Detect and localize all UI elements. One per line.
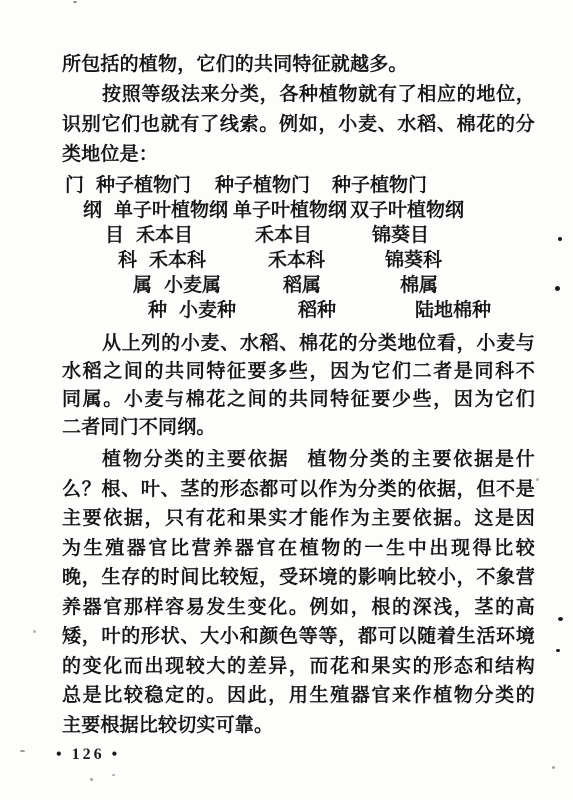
wheat-rank-value: 小麦属 (164, 273, 283, 298)
rice-rank-value: 稻种 (298, 298, 415, 323)
taxonomy-row: 纲单子叶植物纲单子叶植物纲双子叶植物纲 (62, 198, 542, 223)
text-line: 从上列的小麦、水稻、棉花的分类地位看，小麦与 (62, 330, 535, 358)
taxonomy-table: 门种子植物门种子植物门种子植物门 纲单子叶植物纲单子叶植物纲双子叶植物纲 目禾本… (62, 173, 542, 323)
paragraph-intro: 所包括的植物，它们的共同特征就越多。 按照等级法来分类，各种植物就有了相应的地位… (62, 50, 535, 170)
text-line: 同属。小麦与棉花之间的共同特征要少些，因为它们 (62, 386, 535, 414)
taxonomy-row: 属小麦属稻属棉属 (62, 273, 542, 298)
text-line: 识别它们也就有了线索。例如，小麦、水稻、棉花的分 (62, 110, 535, 140)
text-line: 的变化而出现较大的差异，而花和果实的形态和结构 (62, 652, 535, 682)
text-line: 矮，叶的形状、大小和颜色等等，都可以随着生活环境 (62, 622, 535, 652)
rank-label: 种 (148, 298, 179, 323)
text-line: 养器官那样容易发生变化。例如，根的深浅，茎的高 (62, 593, 535, 623)
rank-label: 属 (133, 273, 164, 298)
scan-speck (300, 240, 303, 242)
wheat-rank-value: 单子叶植物纲 (114, 198, 233, 223)
text-line: 为生殖器官比营养器官在植物的一生中出现得比较 (62, 534, 535, 564)
cotton-rank-value: 种子植物门 (332, 175, 427, 196)
taxonomy-row: 种小麦种稻种陆地棉种 (62, 298, 542, 323)
taxonomy-row: 科禾本科禾本科锦葵科 (62, 248, 542, 273)
text-line: 所包括的植物，它们的共同特征就越多。 (62, 50, 535, 80)
scan-speck (112, 774, 115, 776)
scan-speck (552, 766, 555, 769)
paragraph-basis: 植物分类的主要依据植物分类的主要依据是什 么？根、叶、茎的形态都可以作为分类的依… (62, 445, 535, 740)
cotton-rank-value: 锦葵目 (372, 225, 429, 246)
wheat-rank-value: 禾本科 (149, 248, 268, 273)
scan-speck (556, 649, 560, 652)
text-line: 类地位是： (62, 140, 535, 170)
cotton-rank-value: 双子叶植物纲 (350, 200, 464, 221)
scan-speck (73, 1, 77, 3)
text-line: 二者同门不同纲。 (62, 414, 535, 442)
cotton-rank-value: 棉属 (400, 275, 438, 296)
scan-speck (558, 237, 562, 241)
rice-rank-value: 种子植物门 (215, 173, 332, 198)
text-line: 么？根、叶、茎的形态都可以作为分类的依据，但不是 (62, 475, 535, 505)
heading-follow-text: 植物分类的主要依据是什 (307, 449, 535, 470)
text-line: 主要依据，只有花和果实才能作为主要依据。这是因 (62, 504, 535, 534)
book-page: 所包括的植物，它们的共同特征就越多。 按照等级法来分类，各种植物就有了相应的地位… (0, 0, 573, 800)
rice-rank-value: 禾本目 (255, 223, 372, 248)
runin-heading: 植物分类的主要依据 (102, 449, 289, 470)
rice-rank-value: 稻属 (283, 273, 400, 298)
cotton-rank-value: 陆地棉种 (415, 300, 491, 321)
scan-speck (558, 617, 563, 621)
scan-speck (90, 778, 93, 781)
scan-speck (555, 286, 560, 291)
wheat-rank-value: 禾本目 (136, 223, 255, 248)
page-number: • 126 • (56, 746, 120, 764)
text-line: 总是比较稳定的。因此，用生殖器官来作植物分类的 (62, 681, 535, 711)
paragraph-comparison: 从上列的小麦、水稻、棉花的分类地位看，小麦与 水稻之间的共同特征要多些，因为它们… (62, 330, 535, 442)
text-line: 水稻之间的共同特征要多些，因为它们二者是同科不 (62, 358, 535, 386)
scan-speck (20, 750, 25, 752)
wheat-rank-value: 种子植物门 (96, 173, 215, 198)
text-line: 晚，生存的时间比较短，受环境的影响比较小，不象营 (62, 563, 535, 593)
text-line: 植物分类的主要依据植物分类的主要依据是什 (62, 445, 535, 475)
rank-label: 科 (118, 248, 149, 273)
taxonomy-row: 门种子植物门种子植物门种子植物门 (62, 173, 542, 198)
scan-speck (33, 630, 36, 633)
rank-label: 门 (65, 173, 96, 198)
scan-speck (536, 478, 539, 481)
text-line: 按照等级法来分类，各种植物就有了相应的地位， (62, 80, 535, 110)
wheat-rank-value: 小麦种 (179, 298, 298, 323)
cotton-rank-value: 锦葵科 (385, 250, 442, 271)
taxonomy-row: 目禾本目禾本目锦葵目 (62, 223, 542, 248)
rice-rank-value: 禾本科 (268, 248, 385, 273)
text-line: 主要根据比较切实可靠。 (62, 711, 535, 741)
rank-label: 纲 (83, 198, 114, 223)
rank-label: 目 (105, 223, 136, 248)
rice-rank-value: 单子叶植物纲 (233, 198, 350, 223)
